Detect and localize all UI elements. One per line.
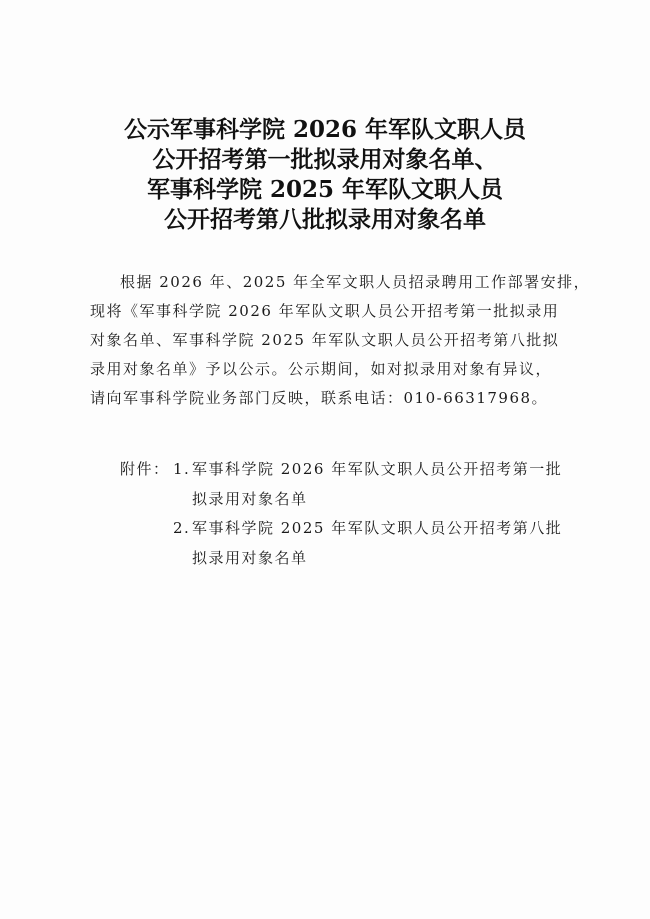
attachments-label: 附件：: [120, 455, 170, 485]
attachment-item-1: 附件： 1. 军事科学院 2026 年军队文职人员公开招考第一批: [120, 455, 580, 485]
attachment-item-2: 2. 军事科学院 2025 年军队文职人员公开招考第八批: [120, 514, 580, 544]
attachment-item-1-cont: 拟录用对象名单: [120, 485, 580, 515]
attachment-title-cont: 拟录用对象名单: [192, 485, 308, 515]
body-line: 录用对象名单》予以公示。公示期间，如对拟录用对象有异议，: [90, 355, 580, 384]
attachment-title: 军事科学院 2025 年军队文职人员公开招考第八批: [192, 514, 562, 544]
body-line: 请向军事科学院业务部门反映，联系电话：010-66317968。: [90, 384, 580, 413]
attachment-number: 1.: [173, 455, 190, 485]
attachment-item-2-cont: 拟录用对象名单: [120, 544, 580, 574]
title-line: 公开招考第八批拟录用对象名单: [0, 205, 650, 235]
title-line: 军事科学院 2025 年军队文职人员: [0, 175, 650, 205]
announcement-body: 根据 2026 年、2025 年全军文职人员招录聘用工作部署安排， 现将《军事科…: [90, 268, 580, 413]
document-title: 公示军事科学院 2026 年军队文职人员 公开招考第一批拟录用对象名单、 军事科…: [0, 115, 650, 235]
title-line: 公示军事科学院 2026 年军队文职人员: [0, 115, 650, 145]
attachment-number: 2.: [173, 514, 190, 544]
body-line: 对象名单、军事科学院 2025 年军队文职人员公开招考第八批拟: [90, 326, 580, 355]
body-line: 根据 2026 年、2025 年全军文职人员招录聘用工作部署安排，: [90, 268, 580, 297]
body-line: 现将《军事科学院 2026 年军队文职人员公开招考第一批拟录用: [90, 297, 580, 326]
attachment-title-cont: 拟录用对象名单: [192, 544, 308, 574]
attachment-title: 军事科学院 2026 年军队文职人员公开招考第一批: [192, 455, 562, 485]
title-line: 公开招考第一批拟录用对象名单、: [0, 145, 650, 175]
attachments-section: 附件： 1. 军事科学院 2026 年军队文职人员公开招考第一批 拟录用对象名单…: [120, 455, 580, 573]
